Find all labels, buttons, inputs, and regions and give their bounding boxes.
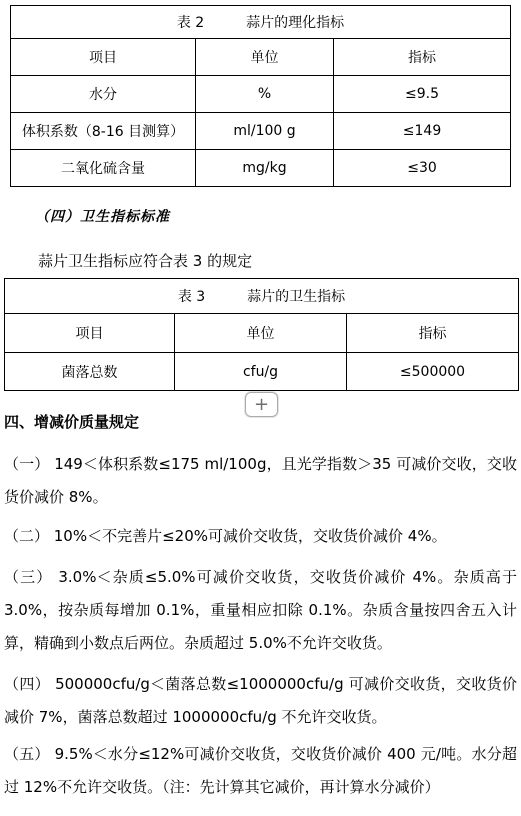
table2-cell-so2-value: ≤30 xyxy=(334,150,511,187)
table2-cell-so2-unit: mg/kg xyxy=(196,150,334,187)
table-row: 二氧化硫含量 mg/kg ≤30 xyxy=(11,150,511,187)
hygiene-standard-heading: （四）卫生指标标准 xyxy=(35,206,170,226)
table2-header-item: 项目 xyxy=(11,39,196,76)
table3-cell-colony-unit: cfu/g xyxy=(175,353,347,391)
hygiene-intro-text: 蒜片卫生指标应符合表 3 的规定 xyxy=(38,250,252,271)
table2-cell-moisture: 水分 xyxy=(11,76,196,113)
expand-button[interactable]: + xyxy=(245,392,278,417)
document-page: 表 2 蒜片的理化指标 项目 单位 指标 水分 % ≤9.5 体积系数（8-16… xyxy=(0,0,521,816)
table3-header-item: 项目 xyxy=(5,314,175,353)
table2-cell-so2: 二氧化硫含量 xyxy=(11,150,196,187)
table3-title-row: 表 3 蒜片的卫生指标 xyxy=(5,279,519,314)
table3-header-row: 项目 单位 指标 xyxy=(5,314,519,353)
table2-cell-volume-coefficient: 体积系数（8-16 目测算） xyxy=(11,113,196,150)
table3-cell-colony-value: ≤500000 xyxy=(347,353,519,391)
clause-3: （三） 3.0%＜杂质≤5.0%可减价交收货，交收货价减价 4%。杂质高于 3.… xyxy=(4,561,517,660)
table-row: 菌落总数 cfu/g ≤500000 xyxy=(5,353,519,391)
table2-header-indicator: 指标 xyxy=(334,39,511,76)
table2-cell-volume-value: ≤149 xyxy=(334,113,511,150)
table3-header-unit: 单位 xyxy=(175,314,347,353)
hygiene-indicators-table: 表 3 蒜片的卫生指标 项目 单位 指标 菌落总数 cfu/g ≤500000 xyxy=(4,278,519,391)
table2-header-row: 项目 单位 指标 xyxy=(11,39,511,76)
table-row: 体积系数（8-16 目测算） ml/100 g ≤149 xyxy=(11,113,511,150)
clause-5: （五） 9.5%＜水分≤12%可减价交收货，交收货价减价 400 元/吨。水分超… xyxy=(4,738,517,804)
table3-header-indicator: 指标 xyxy=(347,314,519,353)
price-adjustment-heading: 四、增减价质量规定 xyxy=(4,411,139,432)
table-row: 水分 % ≤9.5 xyxy=(11,76,511,113)
table2-header-unit: 单位 xyxy=(196,39,334,76)
table2-cell-moisture-value: ≤9.5 xyxy=(334,76,511,113)
clause-4: （四） 500000cfu/g＜菌落总数≤1000000cfu/g 可减价交收货… xyxy=(4,668,517,734)
table2-title-row: 表 2 蒜片的理化指标 xyxy=(11,6,511,39)
table3-title: 表 3 蒜片的卫生指标 xyxy=(5,279,519,314)
table2-cell-volume-unit: ml/100 g xyxy=(196,113,334,150)
table2-title: 表 2 蒜片的理化指标 xyxy=(11,6,511,39)
table3-cell-colony-count: 菌落总数 xyxy=(5,353,175,391)
physical-chemical-indicators-table: 表 2 蒜片的理化指标 项目 单位 指标 水分 % ≤9.5 体积系数（8-16… xyxy=(10,5,511,187)
clause-2: （二） 10%＜不完善片≤20%可减价交收货，交收货价减价 4%。 xyxy=(4,520,517,553)
table2-cell-moisture-unit: % xyxy=(196,76,334,113)
clause-1: （一） 149＜体积系数≤175 ml/100g，且光学指数＞35 可减价交收，… xyxy=(4,448,517,514)
